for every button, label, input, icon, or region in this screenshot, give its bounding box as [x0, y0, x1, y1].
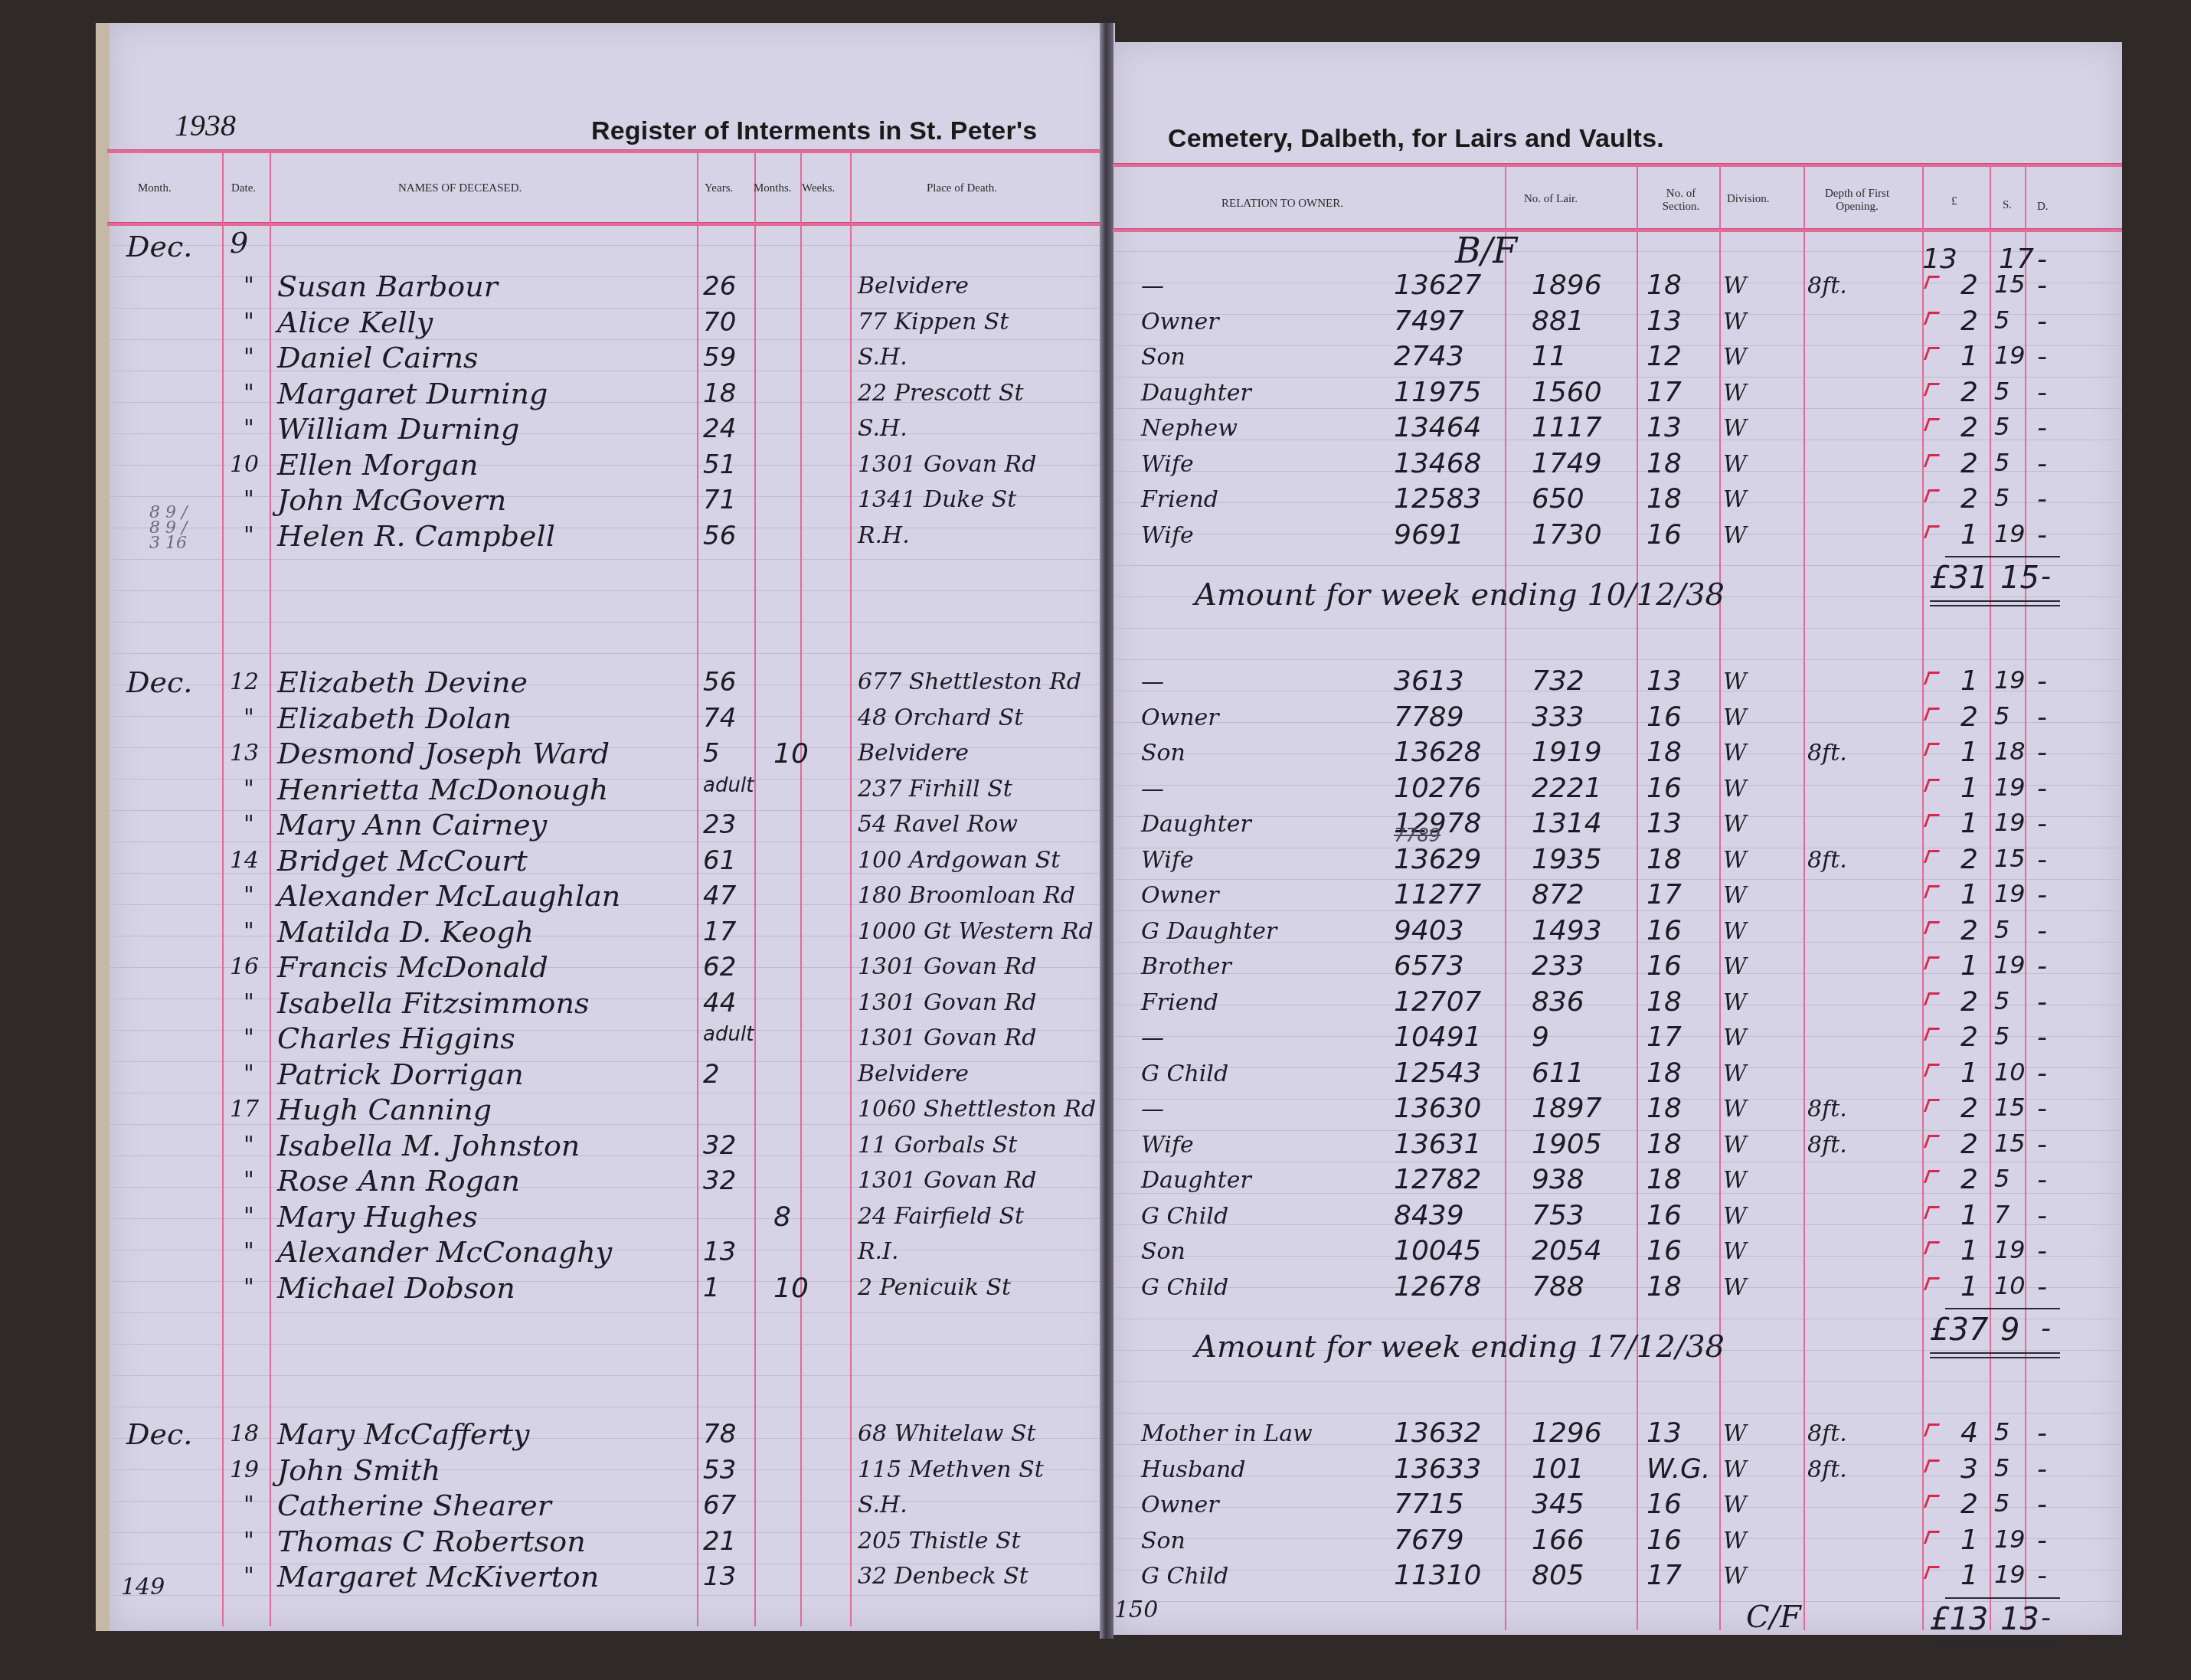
column-header: Weeks. [802, 182, 835, 195]
entry-date: " [244, 1132, 254, 1159]
entry-date: 19 [230, 1456, 259, 1483]
relation-to-owner: Wife [1141, 522, 1194, 549]
total-pence: - [2041, 1312, 2051, 1344]
fee-pence: - [2037, 483, 2047, 515]
fee-pence: - [2037, 844, 2047, 875]
entry-date: 13 [230, 740, 259, 766]
division: W [1723, 309, 1747, 335]
entry-date: " [244, 1563, 254, 1590]
ruled-line [110, 528, 1100, 528]
total-double-rule [1930, 1352, 2060, 1354]
section-number: 17 [1647, 1021, 1682, 1053]
owner-reference: 3613 [1394, 665, 1464, 697]
relation-to-owner: Owner [1141, 309, 1219, 335]
entry-date: " [244, 1061, 254, 1087]
owner-reference: 2743 [1394, 341, 1464, 372]
fee-pence: - [2037, 773, 2047, 804]
total-shillings: 9 [2000, 1312, 2019, 1348]
fee-pence: - [2037, 412, 2047, 443]
lair-number: 1560 [1532, 377, 1602, 408]
ruled-line [110, 433, 1100, 434]
owner-reference: 9403 [1394, 915, 1464, 946]
column-divider [1803, 165, 1805, 1630]
owner-reference: 13633 [1394, 1453, 1482, 1485]
division: W [1723, 344, 1747, 371]
section-number: 18 [1647, 483, 1682, 515]
lair-number: 1314 [1532, 808, 1602, 839]
deceased-name: Isabella Fitzsimmons [277, 986, 589, 1020]
fee-shillings: 5 [1994, 701, 2010, 731]
owner-reference: 8439 [1394, 1200, 1464, 1231]
owner-reference: 9691 [1394, 519, 1464, 551]
fee-pence: - [2037, 377, 2047, 408]
fee-pence: - [2037, 1560, 2047, 1591]
fee-pence: - [2037, 665, 2047, 697]
deceased-name: Catherine Shearer [277, 1489, 551, 1522]
place-of-death: 77 Kippen St [858, 309, 1009, 335]
month-label: Dec. [126, 665, 192, 699]
section-number: 18 [1647, 1129, 1682, 1160]
fee-pounds: 2 [1960, 1021, 1978, 1053]
fee-pence: - [2037, 1057, 2047, 1089]
section-number: W.G. [1647, 1453, 1710, 1485]
deceased-name: John McGovern [277, 483, 506, 517]
relation-to-owner: G Child [1141, 1274, 1228, 1301]
lair-number: 1897 [1532, 1093, 1602, 1124]
fee-shillings: 19 [1994, 1560, 2026, 1589]
fee-pounds: 3 [1960, 1453, 1978, 1485]
column-header: D. [2037, 201, 2049, 214]
fee-pounds: 1 [1960, 773, 1978, 804]
fee-pounds: 1 [1960, 1200, 1978, 1231]
entry-date: 12 [230, 668, 259, 695]
age-years: 62 [703, 952, 736, 982]
lair-number: 753 [1532, 1200, 1584, 1231]
week-summary-label: Amount for week ending 17/12/38 [1195, 1329, 1725, 1365]
age-years: 71 [703, 485, 736, 515]
total-pence: - [2041, 561, 2051, 592]
fee-shillings: 19 [1994, 773, 2026, 802]
bf-pounds: 13 [1922, 244, 1957, 275]
column-divider [697, 153, 698, 1626]
total-double-rule [1930, 1642, 2060, 1643]
deceased-name: Ellen Morgan [277, 448, 479, 482]
ruled-line [110, 590, 1100, 591]
page-number-right: 150 [1114, 1597, 1158, 1623]
ruled-line [110, 1312, 1100, 1313]
ruled-line [1114, 1381, 2122, 1382]
section-number: 13 [1647, 665, 1682, 697]
entry-date: " [244, 882, 254, 909]
entry-date: " [244, 344, 254, 371]
section-number: 16 [1647, 773, 1682, 804]
deceased-name: Margaret McKiverton [277, 1560, 599, 1593]
relation-to-owner: Nephew [1141, 415, 1238, 442]
fee-pounds: 2 [1960, 915, 1978, 946]
owner-reference: 7789 [1394, 701, 1464, 733]
fee-pounds: 2 [1960, 377, 1978, 408]
fee-shillings: 7 [1994, 1200, 2010, 1229]
age-years: 18 [703, 378, 736, 409]
fee-shillings: 19 [1994, 341, 2026, 370]
age-years: 32 [703, 1165, 736, 1196]
fee-shillings: 5 [1994, 306, 2010, 335]
age-months: 10 [773, 738, 809, 770]
place-of-death: 237 Firhill St [858, 776, 1012, 802]
total-rule [1945, 1308, 2060, 1309]
division: W [1723, 380, 1747, 407]
fee-pence: - [2037, 1417, 2047, 1449]
age-years: 44 [703, 988, 736, 1018]
column-divider [222, 153, 224, 1626]
owner-reference: 13464 [1394, 412, 1482, 443]
fee-pounds: 1 [1960, 737, 1978, 768]
fee-pounds: 2 [1960, 701, 1978, 733]
deceased-name: Alice Kelly [277, 306, 433, 339]
division: W [1723, 776, 1747, 802]
owner-reference: 10045 [1394, 1235, 1482, 1267]
relation-to-owner: Owner [1141, 882, 1219, 909]
lair-number: 1905 [1532, 1129, 1602, 1160]
fee-pence: - [2037, 808, 2047, 839]
division: W [1723, 522, 1747, 549]
section-number: 18 [1647, 986, 1682, 1018]
ruled-line [1114, 1413, 2122, 1414]
relation-to-owner: — [1141, 1096, 1164, 1123]
deceased-name: Helen R. Campbell [277, 519, 555, 553]
year-label: 1938 [175, 107, 236, 143]
lair-number: 345 [1532, 1489, 1584, 1520]
owner-reference: 7715 [1394, 1489, 1464, 1520]
age-years: 56 [703, 521, 736, 551]
relation-to-owner: Son [1141, 1238, 1185, 1265]
deceased-name: Susan Barbour [277, 270, 498, 303]
fee-shillings: 5 [1994, 483, 2010, 512]
fee-pounds: 2 [1960, 1093, 1978, 1124]
age-years: 13 [703, 1237, 736, 1267]
division: W [1723, 1096, 1747, 1123]
fee-pence: - [2037, 1271, 2047, 1302]
age-years: 26 [703, 271, 736, 302]
division: W [1723, 989, 1747, 1016]
header-rule [1113, 228, 2122, 232]
deceased-name: Daniel Cairns [277, 341, 479, 374]
fee-shillings: 5 [1994, 1489, 2010, 1518]
deceased-name: Elizabeth Dolan [277, 701, 512, 735]
fee-shillings: 5 [1994, 1417, 2010, 1446]
section-number: 17 [1647, 1560, 1682, 1591]
entry-date: " [244, 522, 254, 549]
ruled-line [110, 1595, 1100, 1596]
relation-to-owner: Son [1141, 1528, 1185, 1554]
place-of-death: Belvidere [858, 273, 969, 299]
age-years: 53 [703, 1455, 736, 1486]
section-number: 13 [1647, 306, 1682, 337]
fee-pounds: 2 [1960, 844, 1978, 875]
deceased-name: Desmond Joseph Ward [277, 737, 610, 770]
age-years: 24 [703, 413, 736, 444]
ruled-line [110, 1501, 1100, 1502]
age-years: 67 [703, 1490, 736, 1521]
fee-pounds: 1 [1960, 1525, 1978, 1556]
deceased-name: Bridget McCourt [277, 844, 528, 878]
column-divider [754, 153, 756, 1626]
lair-number: 872 [1532, 879, 1584, 910]
fee-shillings: 5 [1994, 448, 2010, 477]
division: W [1723, 1420, 1747, 1447]
fee-pence: - [2037, 1525, 2047, 1556]
lair-number: 1749 [1532, 448, 1602, 479]
fee-pence: - [2037, 1129, 2047, 1160]
fee-shillings: 15 [1994, 844, 2026, 873]
deceased-name: Margaret Durning [277, 377, 548, 410]
owner-reference: 13630 [1394, 1093, 1482, 1124]
owner-reference: 13631 [1394, 1129, 1482, 1160]
entry-date: 18 [230, 1420, 259, 1447]
relation-to-owner: Owner [1141, 1492, 1219, 1518]
deceased-name: Patrick Dorrigan [277, 1057, 524, 1091]
owner-reference: 7497 [1394, 306, 1464, 337]
division: W [1723, 847, 1747, 874]
entry-date: " [244, 1167, 254, 1194]
division: W [1723, 704, 1747, 731]
fee-pounds: 1 [1960, 519, 1978, 551]
entry-date: " [244, 273, 254, 299]
deceased-name: Mary Hughes [277, 1200, 478, 1234]
column-header: Division. [1727, 193, 1769, 206]
age-years: 23 [703, 809, 736, 840]
entry-date: " [244, 989, 254, 1016]
owner-reference: 12707 [1394, 986, 1482, 1018]
division: W [1723, 1492, 1747, 1518]
owner-reference: 10491 [1394, 1021, 1482, 1053]
place-of-death: 677 Shettleston Rd [858, 668, 1081, 695]
lair-number: 1935 [1532, 844, 1602, 875]
depth-first-opening: 8ft. [1807, 847, 1847, 874]
total-shillings: 13 [2000, 1602, 2039, 1637]
section-number: 18 [1647, 1271, 1682, 1302]
book-gutter [1100, 23, 1113, 1639]
ruled-line [1114, 910, 2122, 911]
ruled-line [110, 1344, 1100, 1345]
fee-shillings: 15 [1994, 1093, 2026, 1122]
division: W [1723, 1025, 1747, 1051]
deceased-name: Mary McCafferty [277, 1417, 530, 1451]
owner-reference: 12583 [1394, 483, 1482, 515]
fee-pounds: 1 [1960, 341, 1978, 372]
fee-pounds: 1 [1960, 665, 1978, 697]
section-number: 16 [1647, 519, 1682, 551]
owner-reference: 13628 [1394, 737, 1482, 768]
division: W [1723, 451, 1747, 478]
month-label: Dec. [126, 230, 192, 263]
age-years: 5 [703, 738, 720, 769]
relation-to-owner: — [1141, 273, 1164, 299]
place-of-death: 1301 Govan Rd [858, 1167, 1036, 1194]
ruled-line [1114, 1162, 2122, 1162]
deceased-name: Matilda D. Keogh [277, 915, 534, 949]
depth-first-opening: 8ft. [1807, 273, 1847, 299]
place-of-death: Belvidere [858, 1061, 969, 1087]
place-of-death: 68 Whitelaw St [858, 1420, 1036, 1447]
division: W [1723, 882, 1747, 909]
fee-shillings: 19 [1994, 808, 2026, 837]
entry-date: " [244, 1238, 254, 1265]
fee-pence: - [2037, 519, 2047, 551]
owner-reference: 12543 [1394, 1057, 1482, 1089]
relation-to-owner: G Child [1141, 1203, 1228, 1230]
entry-date: " [244, 1025, 254, 1051]
owner-reference: 12678 [1394, 1271, 1482, 1302]
place-of-death: Belvidere [858, 740, 969, 766]
age-months: 8 [773, 1201, 791, 1233]
column-header: No. of Section. [1654, 188, 1708, 214]
lair-number: 805 [1532, 1560, 1584, 1591]
fee-shillings: 19 [1994, 665, 2026, 695]
place-of-death: 1301 Govan Rd [858, 989, 1036, 1016]
column-header: Months. [754, 182, 792, 195]
place-of-death: 54 Ravel Row [858, 811, 1018, 838]
fee-shillings: 5 [1994, 1164, 2010, 1193]
date-label: 9 [230, 226, 248, 260]
fee-shillings: 15 [1994, 1129, 2026, 1158]
lair-number: 333 [1532, 701, 1584, 733]
section-number: 16 [1647, 1200, 1682, 1231]
age-years: 78 [703, 1419, 736, 1450]
place-of-death: R.H. [858, 522, 910, 549]
fee-pence: - [2037, 1021, 2047, 1053]
relation-to-owner: Daughter [1141, 380, 1251, 407]
column-header: S. [2003, 199, 2012, 212]
age-years: 1 [703, 1273, 720, 1303]
relation-to-owner: Husband [1141, 1456, 1246, 1483]
relation-to-owner: — [1141, 668, 1164, 695]
section-number: 18 [1647, 844, 1682, 875]
lair-number: 1730 [1532, 519, 1602, 551]
section-number: 13 [1647, 1417, 1682, 1449]
page-number-left: 149 [121, 1574, 165, 1600]
owner-reference: 11975 [1394, 377, 1482, 408]
margin-note: 8 9 / 8 9 / 3 16 [149, 505, 195, 551]
relation-to-owner: G Child [1141, 1563, 1228, 1590]
relation-to-owner: Daughter [1141, 811, 1251, 838]
month-label: Dec. [126, 1417, 192, 1451]
fee-pounds: 1 [1960, 950, 1978, 982]
age-years: 59 [703, 342, 736, 373]
section-number: 16 [1647, 950, 1682, 982]
fee-pence: - [2037, 1200, 2047, 1231]
fee-pounds: 1 [1960, 1560, 1978, 1591]
deceased-name: Francis McDonald [277, 950, 548, 984]
division: W [1723, 1528, 1747, 1554]
section-number: 16 [1647, 1489, 1682, 1520]
relation-to-owner: Friend [1141, 989, 1218, 1016]
entry-date: " [244, 704, 254, 731]
age-years: 13 [703, 1561, 736, 1592]
lair-number: 788 [1532, 1271, 1584, 1302]
entry-date: " [244, 1274, 254, 1301]
owner-reference: 13468 [1394, 448, 1482, 479]
section-number: 18 [1647, 448, 1682, 479]
deceased-name: Charles Higgins [277, 1021, 515, 1055]
relation-to-owner: Mother in Law [1141, 1420, 1313, 1447]
owner-reference: 11277 [1394, 879, 1482, 910]
fee-shillings: 19 [1994, 1235, 2026, 1264]
entry-date: 14 [230, 847, 259, 874]
relation-to-owner: Owner [1141, 704, 1219, 731]
division: W [1723, 486, 1747, 513]
section-number: 12 [1647, 341, 1682, 372]
place-of-death: 11 Gorbals St [858, 1132, 1017, 1159]
lair-number: 938 [1532, 1164, 1584, 1195]
owner-reference: 13629 [1394, 844, 1482, 875]
deceased-name: Alexander McConaghy [277, 1235, 612, 1269]
owner-reference: 10276 [1394, 773, 1482, 804]
entry-date: " [244, 1203, 254, 1230]
ruled-line [110, 1375, 1100, 1376]
ruled-line [110, 842, 1100, 842]
column-header: NAMES OF DECEASED. [398, 182, 522, 195]
ruled-line [110, 622, 1100, 623]
fee-shillings: 5 [1994, 1453, 2010, 1482]
relation-to-owner: Wife [1141, 1132, 1194, 1159]
entry-date: " [244, 776, 254, 802]
place-of-death: R.I. [858, 1238, 899, 1265]
section-number: 18 [1647, 1164, 1682, 1195]
deceased-name: Alexander McLaughlan [277, 879, 620, 913]
relation-to-owner: Son [1141, 344, 1185, 371]
total-rule [1945, 1597, 2060, 1599]
lair-number: 166 [1532, 1525, 1584, 1556]
header-rule [1113, 163, 2122, 167]
ruled-line [110, 1093, 1100, 1093]
fee-pounds: 2 [1960, 448, 1978, 479]
column-header: Month. [138, 182, 172, 195]
deceased-name: William Durning [277, 412, 519, 446]
total-pounds: £37 [1930, 1312, 1988, 1348]
section-number: 16 [1647, 1525, 1682, 1556]
fee-shillings: 19 [1994, 1525, 2026, 1554]
fee-shillings: 15 [1994, 270, 2026, 299]
column-divider [1505, 165, 1506, 1630]
column-divider [1719, 165, 1721, 1630]
age-years: adult [703, 1023, 754, 1046]
ruled-line [1114, 408, 2122, 409]
lair-number: 611 [1532, 1057, 1584, 1089]
division: W [1723, 918, 1747, 945]
division: W [1723, 1061, 1747, 1087]
fee-pounds: 2 [1960, 986, 1978, 1018]
fee-shillings: 5 [1994, 986, 2010, 1015]
place-of-death: 115 Methven St [858, 1456, 1044, 1483]
column-divider [850, 153, 852, 1626]
lair-number: 2221 [1532, 773, 1602, 804]
relation-to-owner: Daughter [1141, 1167, 1251, 1194]
section-number: 17 [1647, 879, 1682, 910]
place-of-death: 1341 Duke St [858, 486, 1016, 513]
column-header: Date. [231, 182, 256, 195]
entry-date: " [244, 811, 254, 838]
fee-pounds: 1 [1960, 1057, 1978, 1089]
deceased-name: Hugh Canning [277, 1093, 492, 1126]
fee-pence: - [2037, 1489, 2047, 1520]
place-of-death: 100 Ardgowan St [858, 847, 1060, 874]
deceased-name: Mary Ann Cairney [277, 808, 547, 842]
ruled-line [110, 371, 1100, 371]
section-number: 18 [1647, 1057, 1682, 1089]
division: W [1723, 1563, 1747, 1590]
age-years: 47 [703, 881, 736, 911]
